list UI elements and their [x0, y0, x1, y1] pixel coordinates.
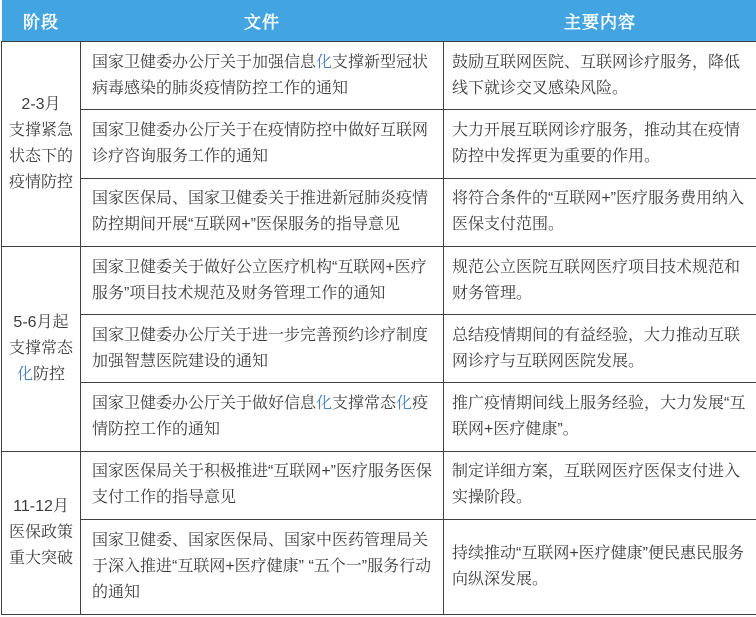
document-cell: 国家医保局、国家卫健委关于推进新冠肺炎疫情防控期间开展“互联网+”医保服务的指导… [81, 178, 444, 246]
content-cell: 将符合条件的“互联网+”医疗服务费用纳入医保支付范围。 [444, 178, 756, 246]
highlighted-char: 化 [17, 366, 33, 383]
header-document: 文件 [81, 0, 444, 42]
document-cell: 国家卫健委办公厅关于进一步完善预约诊疗制度加强智慧医院建设的通知 [81, 315, 444, 383]
stage-line: 疫情防控 [4, 170, 78, 196]
table-row: 国家卫健委办公厅关于在疫情防控中做好互联网诊疗咨询服务工作的通知大力开展互联网诊… [2, 110, 756, 178]
stage-line: 5-6月起 [4, 310, 78, 336]
table-row: 5-6月起支撑常态化防控国家卫健委关于做好公立医疗机构“互联网+医疗服务”项目技… [2, 246, 756, 314]
stage-line: 支撑常态 [4, 336, 78, 362]
table-row: 国家医保局、国家卫健委关于推进新冠肺炎疫情防控期间开展“互联网+”医保服务的指导… [2, 178, 756, 246]
header-row: 阶段 文件 主要内容 [2, 0, 756, 42]
document-cell: 国家卫健委办公厅关于做好信息化支撑常态化疫情防控工作的通知 [81, 383, 444, 451]
stage-cell: 2-3月支撑紧急状态下的疫情防控 [2, 42, 81, 247]
table-row: 国家卫健委办公厅关于进一步完善预约诊疗制度加强智慧医院建设的通知总结疫情期间的有… [2, 315, 756, 383]
policy-table-screenshot: 阶段 文件 主要内容 2-3月支撑紧急状态下的疫情防控国家卫健委办公厅关于加强信… [0, 0, 756, 617]
content-cell: 大力开展互联网诊疗服务，推动其在疫情防控中发挥更为重要的作用。 [444, 110, 756, 178]
header-content: 主要内容 [444, 0, 756, 42]
content-cell: 持续推动“互联网+医疗健康”便民惠民服务向纵深发展。 [444, 520, 756, 615]
content-cell: 制定详细方案，互联网医疗医保支付进入实操阶段。 [444, 451, 756, 519]
document-cell: 国家卫健委办公厅关于加强信息化支撑新型冠状病毒感染的肺炎疫情防控工作的通知 [81, 42, 444, 110]
stage-line: 重大突破 [4, 546, 78, 572]
stage-line: 状态下的 [4, 144, 78, 170]
content-cell: 鼓励互联网医院、互联网诊疗服务，降低线下就诊交叉感染风险。 [444, 42, 756, 110]
stage-line: 支撑紧急 [4, 118, 78, 144]
content-cell: 总结疫情期间的有益经验，大力推动互联网诊疗与互联网医院发展。 [444, 315, 756, 383]
table-row: 2-3月支撑紧急状态下的疫情防控国家卫健委办公厅关于加强信息化支撑新型冠状病毒感… [2, 42, 756, 110]
table-row: 国家卫健委、国家医保局、国家中医药管理局关于深入推进“互联网+医疗健康” “五个… [2, 520, 756, 615]
stage-cell: 5-6月起支撑常态化防控 [2, 246, 81, 451]
content-cell: 规范公立医院互联网医疗项目技术规范和财务管理。 [444, 246, 756, 314]
table-body: 2-3月支撑紧急状态下的疫情防控国家卫健委办公厅关于加强信息化支撑新型冠状病毒感… [2, 42, 756, 615]
content-cell: 推广疫情期间线上服务经验，大力发展“互联网+医疗健康”。 [444, 383, 756, 451]
policy-table: 阶段 文件 主要内容 2-3月支撑紧急状态下的疫情防控国家卫健委办公厅关于加强信… [1, 0, 756, 615]
document-cell: 国家卫健委办公厅关于在疫情防控中做好互联网诊疗咨询服务工作的通知 [81, 110, 444, 178]
table-header: 阶段 文件 主要内容 [2, 0, 756, 42]
stage-line: 11-12月 [4, 494, 78, 520]
stage-line: 医保政策 [4, 520, 78, 546]
highlighted-char: 化 [316, 54, 332, 71]
stage-line: 化防控 [4, 362, 78, 388]
stage-line: 2-3月 [4, 92, 78, 118]
table-row: 国家卫健委办公厅关于做好信息化支撑常态化疫情防控工作的通知推广疫情期间线上服务经… [2, 383, 756, 451]
header-stage: 阶段 [2, 0, 81, 42]
stage-cell: 11-12月医保政策重大突破 [2, 451, 81, 614]
document-cell: 国家卫健委、国家医保局、国家中医药管理局关于深入推进“互联网+医疗健康” “五个… [81, 520, 444, 615]
table-row: 11-12月医保政策重大突破国家医保局关于积极推进“互联网+”医疗服务医保支付工… [2, 451, 756, 519]
highlighted-char: 化 [316, 395, 332, 412]
highlighted-char: 化 [396, 395, 412, 412]
document-cell: 国家医保局关于积极推进“互联网+”医疗服务医保支付工作的指导意见 [81, 451, 444, 519]
document-cell: 国家卫健委关于做好公立医疗机构“互联网+医疗服务”项目技术规范及财务管理工作的通… [81, 246, 444, 314]
